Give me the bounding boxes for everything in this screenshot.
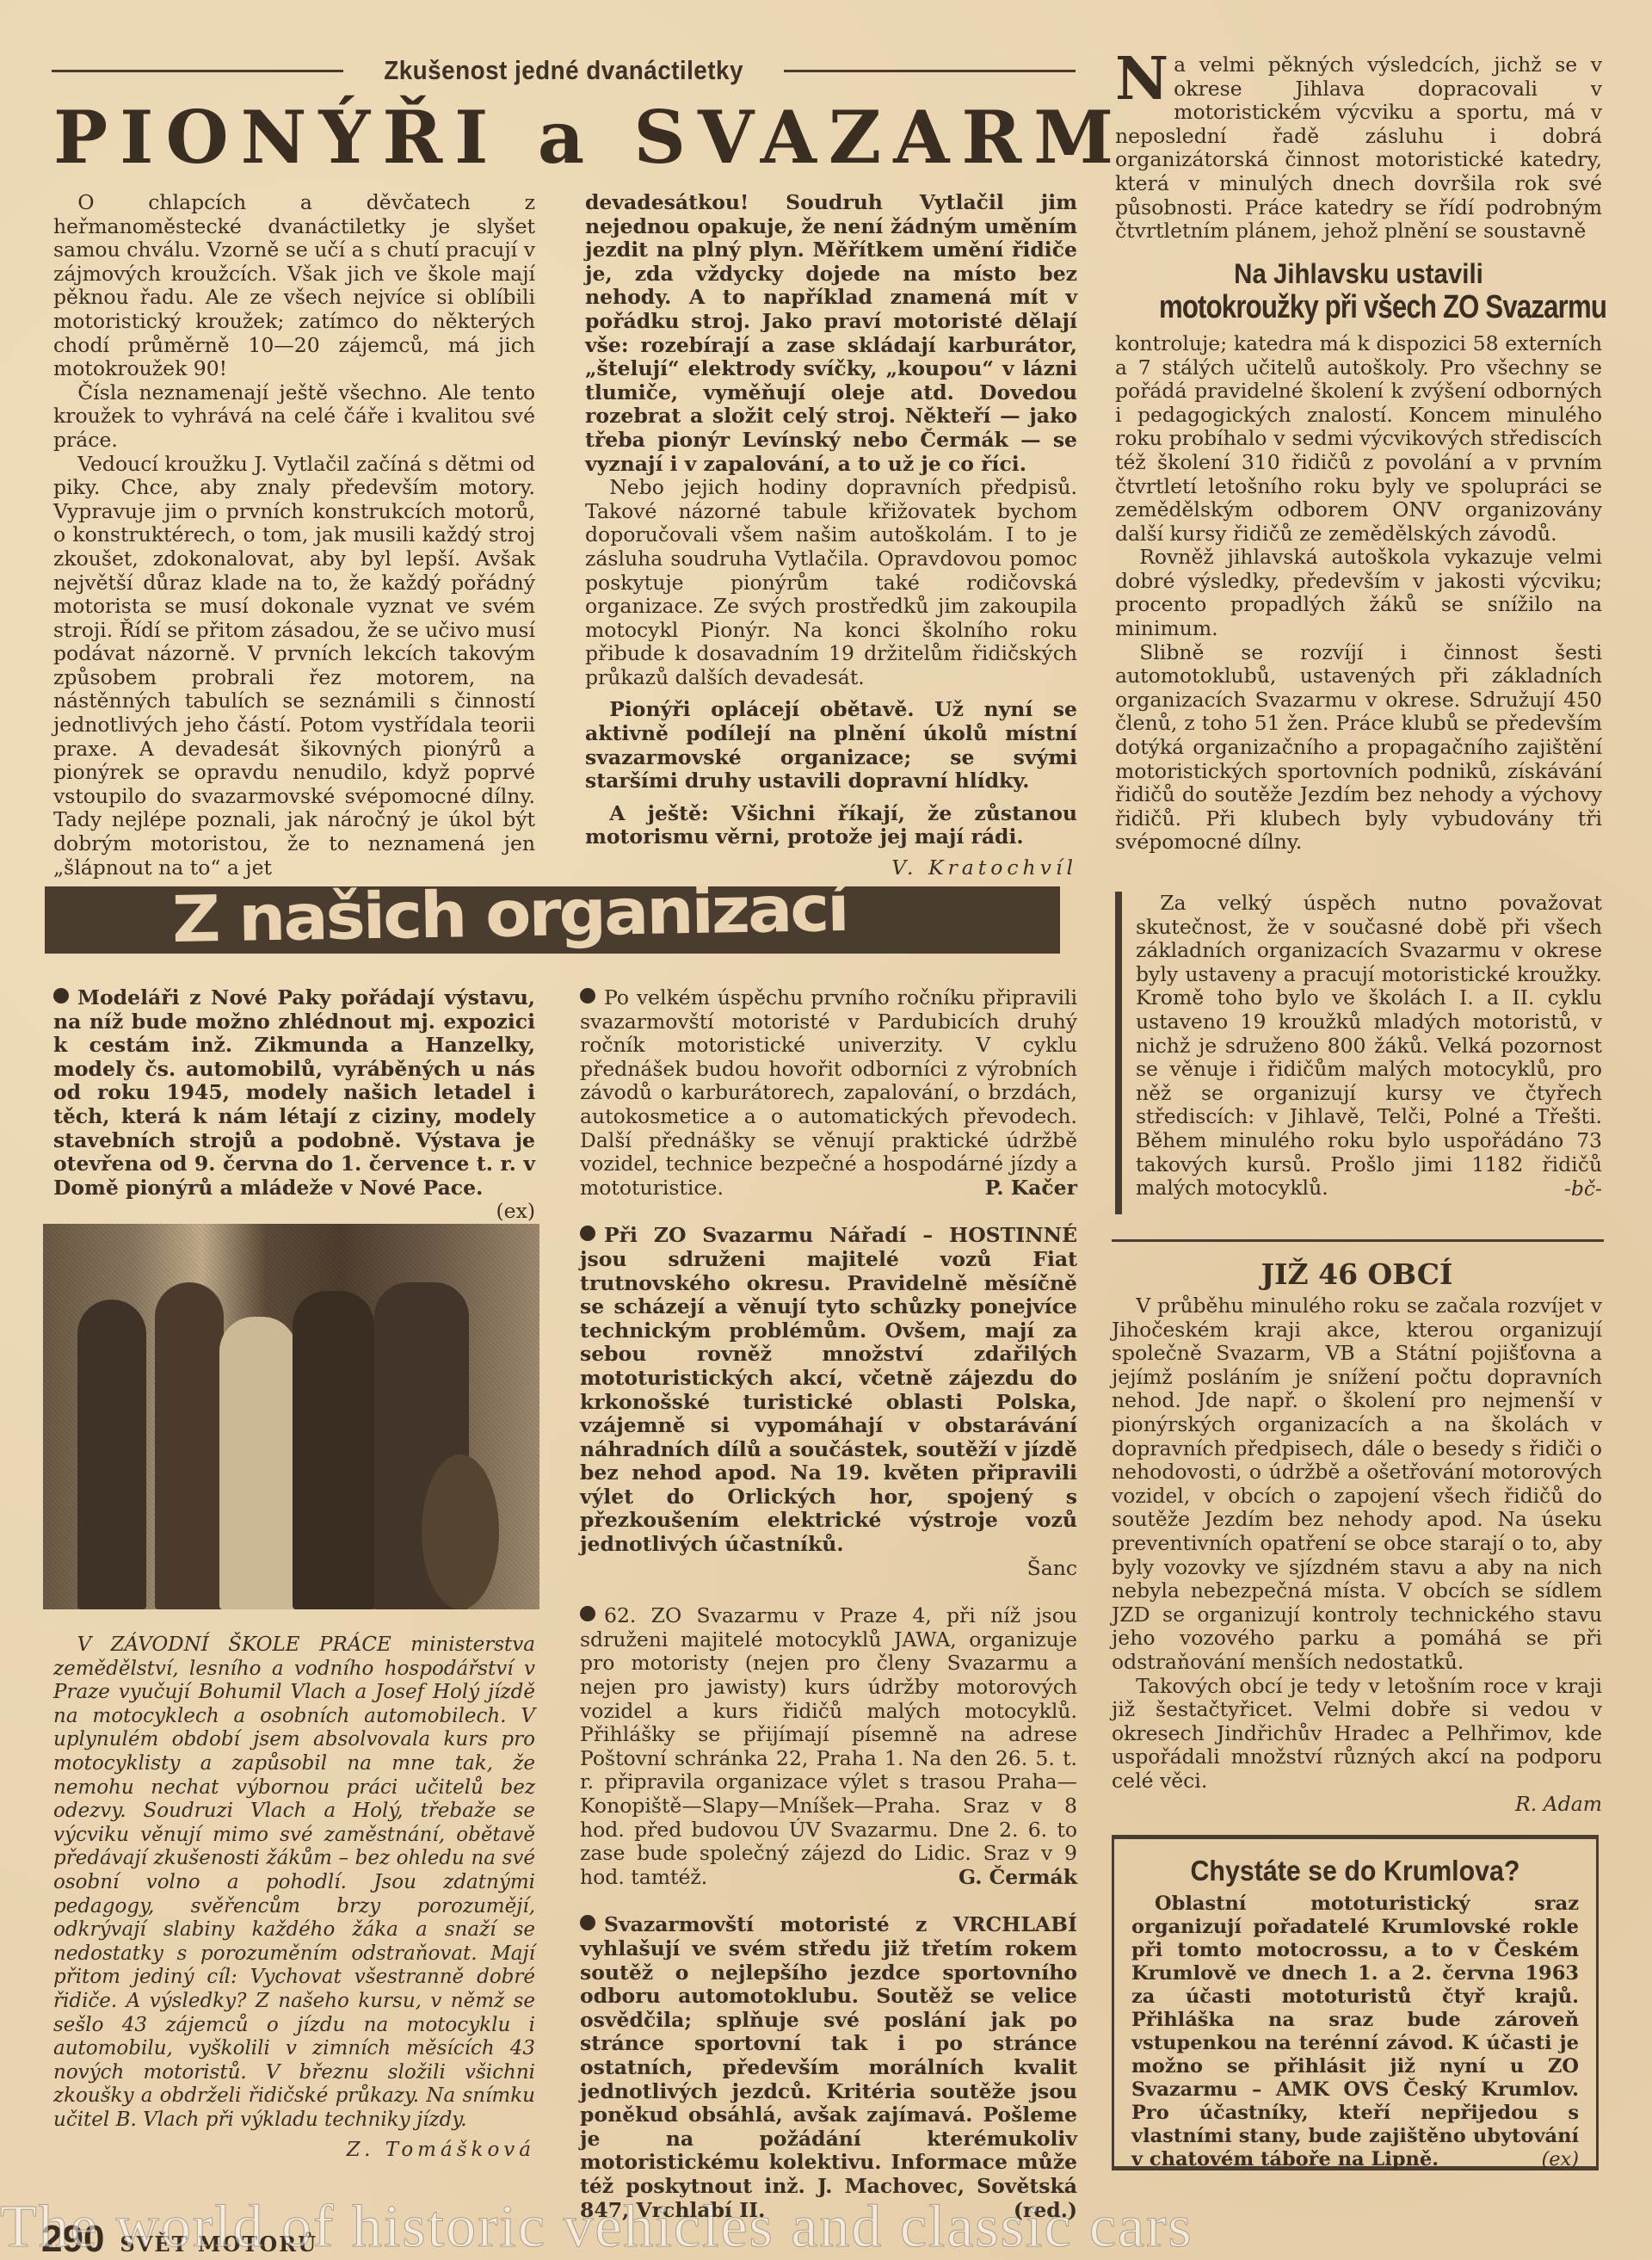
box-title: Chystáte se do Krumlova? (1150, 1855, 1561, 1887)
bullet-icon (580, 988, 595, 1003)
item-text: Po velkém úspěchu prvního ročníku připra… (580, 985, 1077, 1200)
folio: 290 SVĚT MOTORŮ (41, 2218, 317, 2260)
kicker: Zkušenost jedné dvanáctiletky (384, 55, 743, 86)
item-text: Svazarmovští motoristé z VRCHLABÍ vyhlaš… (580, 1912, 1077, 2221)
left-news-items: Modeláři z Nové Paky pořádají výstavu, n… (53, 986, 535, 1248)
page-number: 290 (41, 2218, 104, 2260)
caption-byline: Z. Tomášková (53, 2139, 535, 2163)
intro-text: a velmi pěkných výsledcích, jichž se v o… (1115, 52, 1602, 243)
highlight-bar (1115, 892, 1122, 1214)
paragraph: Vedoucí kroužku J. Vytlačil začíná s dět… (53, 453, 535, 880)
paragraph: O chlapcích a děvčatech z heřmanoměsteck… (53, 191, 535, 381)
dropcap: N (1115, 55, 1168, 103)
photo-driving-school-group (43, 1224, 539, 1609)
news-item: Po velkém úspěchu prvního ročníku připra… (580, 986, 1077, 1200)
paragraph: V průběhu minulého roku se začala rozvíj… (1112, 1294, 1602, 1675)
lead-article-col1: O chlapcích a děvčatech z heřmanoměsteck… (53, 191, 535, 880)
news-item: Při ZO Svazarmu Nářadí – HOSTINNÉ jsou s… (580, 1224, 1077, 1580)
signature: Šanc (580, 1557, 1077, 1581)
news-item: Svazarmovští motoristé z VRCHLABÍ vyhlaš… (580, 1913, 1077, 2222)
signature: P. Kačer (985, 1176, 1077, 1201)
paragraph: Pionýři oplácejí obětavě. Už nyní se akt… (585, 698, 1077, 793)
paragraph: Takových obcí je tedy v letošním roce v … (1112, 1675, 1602, 1794)
bullet-icon (580, 1226, 595, 1241)
box-text: Oblastní mototuristický sraz organizují … (1131, 1893, 1579, 2171)
middle-news-items: Po velkém úspěchu prvního ročníku připra… (580, 986, 1077, 2246)
subhead-line2: motokroužky při všech ZO Svazarmu (1159, 296, 1558, 320)
news-item: Modeláři z Nové Paky pořádají výstavu, n… (53, 986, 535, 1224)
kicker-rule-right (784, 70, 1076, 72)
paragraph: Nebo jejich hodiny dopravních předpisů. … (585, 476, 1077, 689)
paragraph: kontroluje; katedra má k dispozici 58 ex… (1115, 332, 1602, 546)
paragraph: Čísla neznamenají ještě všechno. Ale ten… (53, 381, 535, 453)
krumlov-box: Chystáte se do Krumlova? Oblastní mototu… (1112, 1835, 1599, 2170)
section-banner: Z našich organizací (45, 886, 1060, 954)
bullet-icon (53, 988, 69, 1003)
jihlava-highlight: Za velký úspěch nutno považovat skutečno… (1136, 892, 1602, 1201)
item-text: Při ZO Svazarmu Nářadí – HOSTINNÉ jsou s… (580, 1223, 1077, 1556)
lead-article-col2: devadesátkou! Soudruh Vytlačil jim nejed… (585, 191, 1077, 880)
magazine-name: SVĚT MOTORŮ (120, 2232, 317, 2257)
photo-caption: V ZÁVODNÍ ŠKOLE PRÁCE ministerstva zeměd… (53, 1633, 535, 2163)
banner-title: Z našich organizací (171, 872, 848, 957)
article-title: JIŽ 46 OBCÍ (1112, 1258, 1602, 1291)
paragraph: Za velký úspěch nutno považovat skutečno… (1136, 892, 1602, 1201)
paragraph: A ještě: Všichni říkají, že zůstanou mot… (585, 802, 1077, 849)
paragraph: Rovněž jihlavská autoškola vykazuje velm… (1115, 546, 1602, 640)
headline: PIONÝŘI a SVAZARM (53, 102, 1077, 174)
kicker-rule-left (52, 70, 343, 72)
news-item: 62. ZO Svazarmu v Praze 4, při níž jsou … (580, 1604, 1077, 1889)
item-text: 62. ZO Svazarmu v Praze 4, při níž jsou … (580, 1603, 1077, 1889)
paragraph: Slibně se rozvíjí i činnost šesti automo… (1115, 641, 1602, 855)
bullet-icon (580, 1606, 595, 1621)
byline: R. Adam (1112, 1793, 1602, 1817)
kicker-row: Zkušenost jedné dvanáctiletky (52, 53, 1076, 88)
signature: G. Čermák (959, 1866, 1077, 1890)
signature: (ex) (53, 1200, 535, 1224)
caption-text: V ZÁVODNÍ ŠKOLE PRÁCE ministerstva zeměd… (53, 1633, 535, 2132)
obci-article: JIŽ 46 OBCÍ V průběhu minulého roku se z… (1112, 1258, 1602, 1817)
jihlava-article: N a velmi pěkných výsledcích, jichž se v… (1115, 53, 1602, 855)
paragraph: devadesátkou! Soudruh Vytlačil jim nejed… (585, 191, 1077, 476)
item-text: Modeláři z Nové Paky pořádají výstavu, n… (53, 985, 535, 1200)
subhead-line1: Na Jihlavsku ustavili (1135, 262, 1583, 287)
divider (1112, 1239, 1604, 1242)
bullet-icon (580, 1915, 595, 1930)
signature: (red.) (1014, 2199, 1077, 2223)
